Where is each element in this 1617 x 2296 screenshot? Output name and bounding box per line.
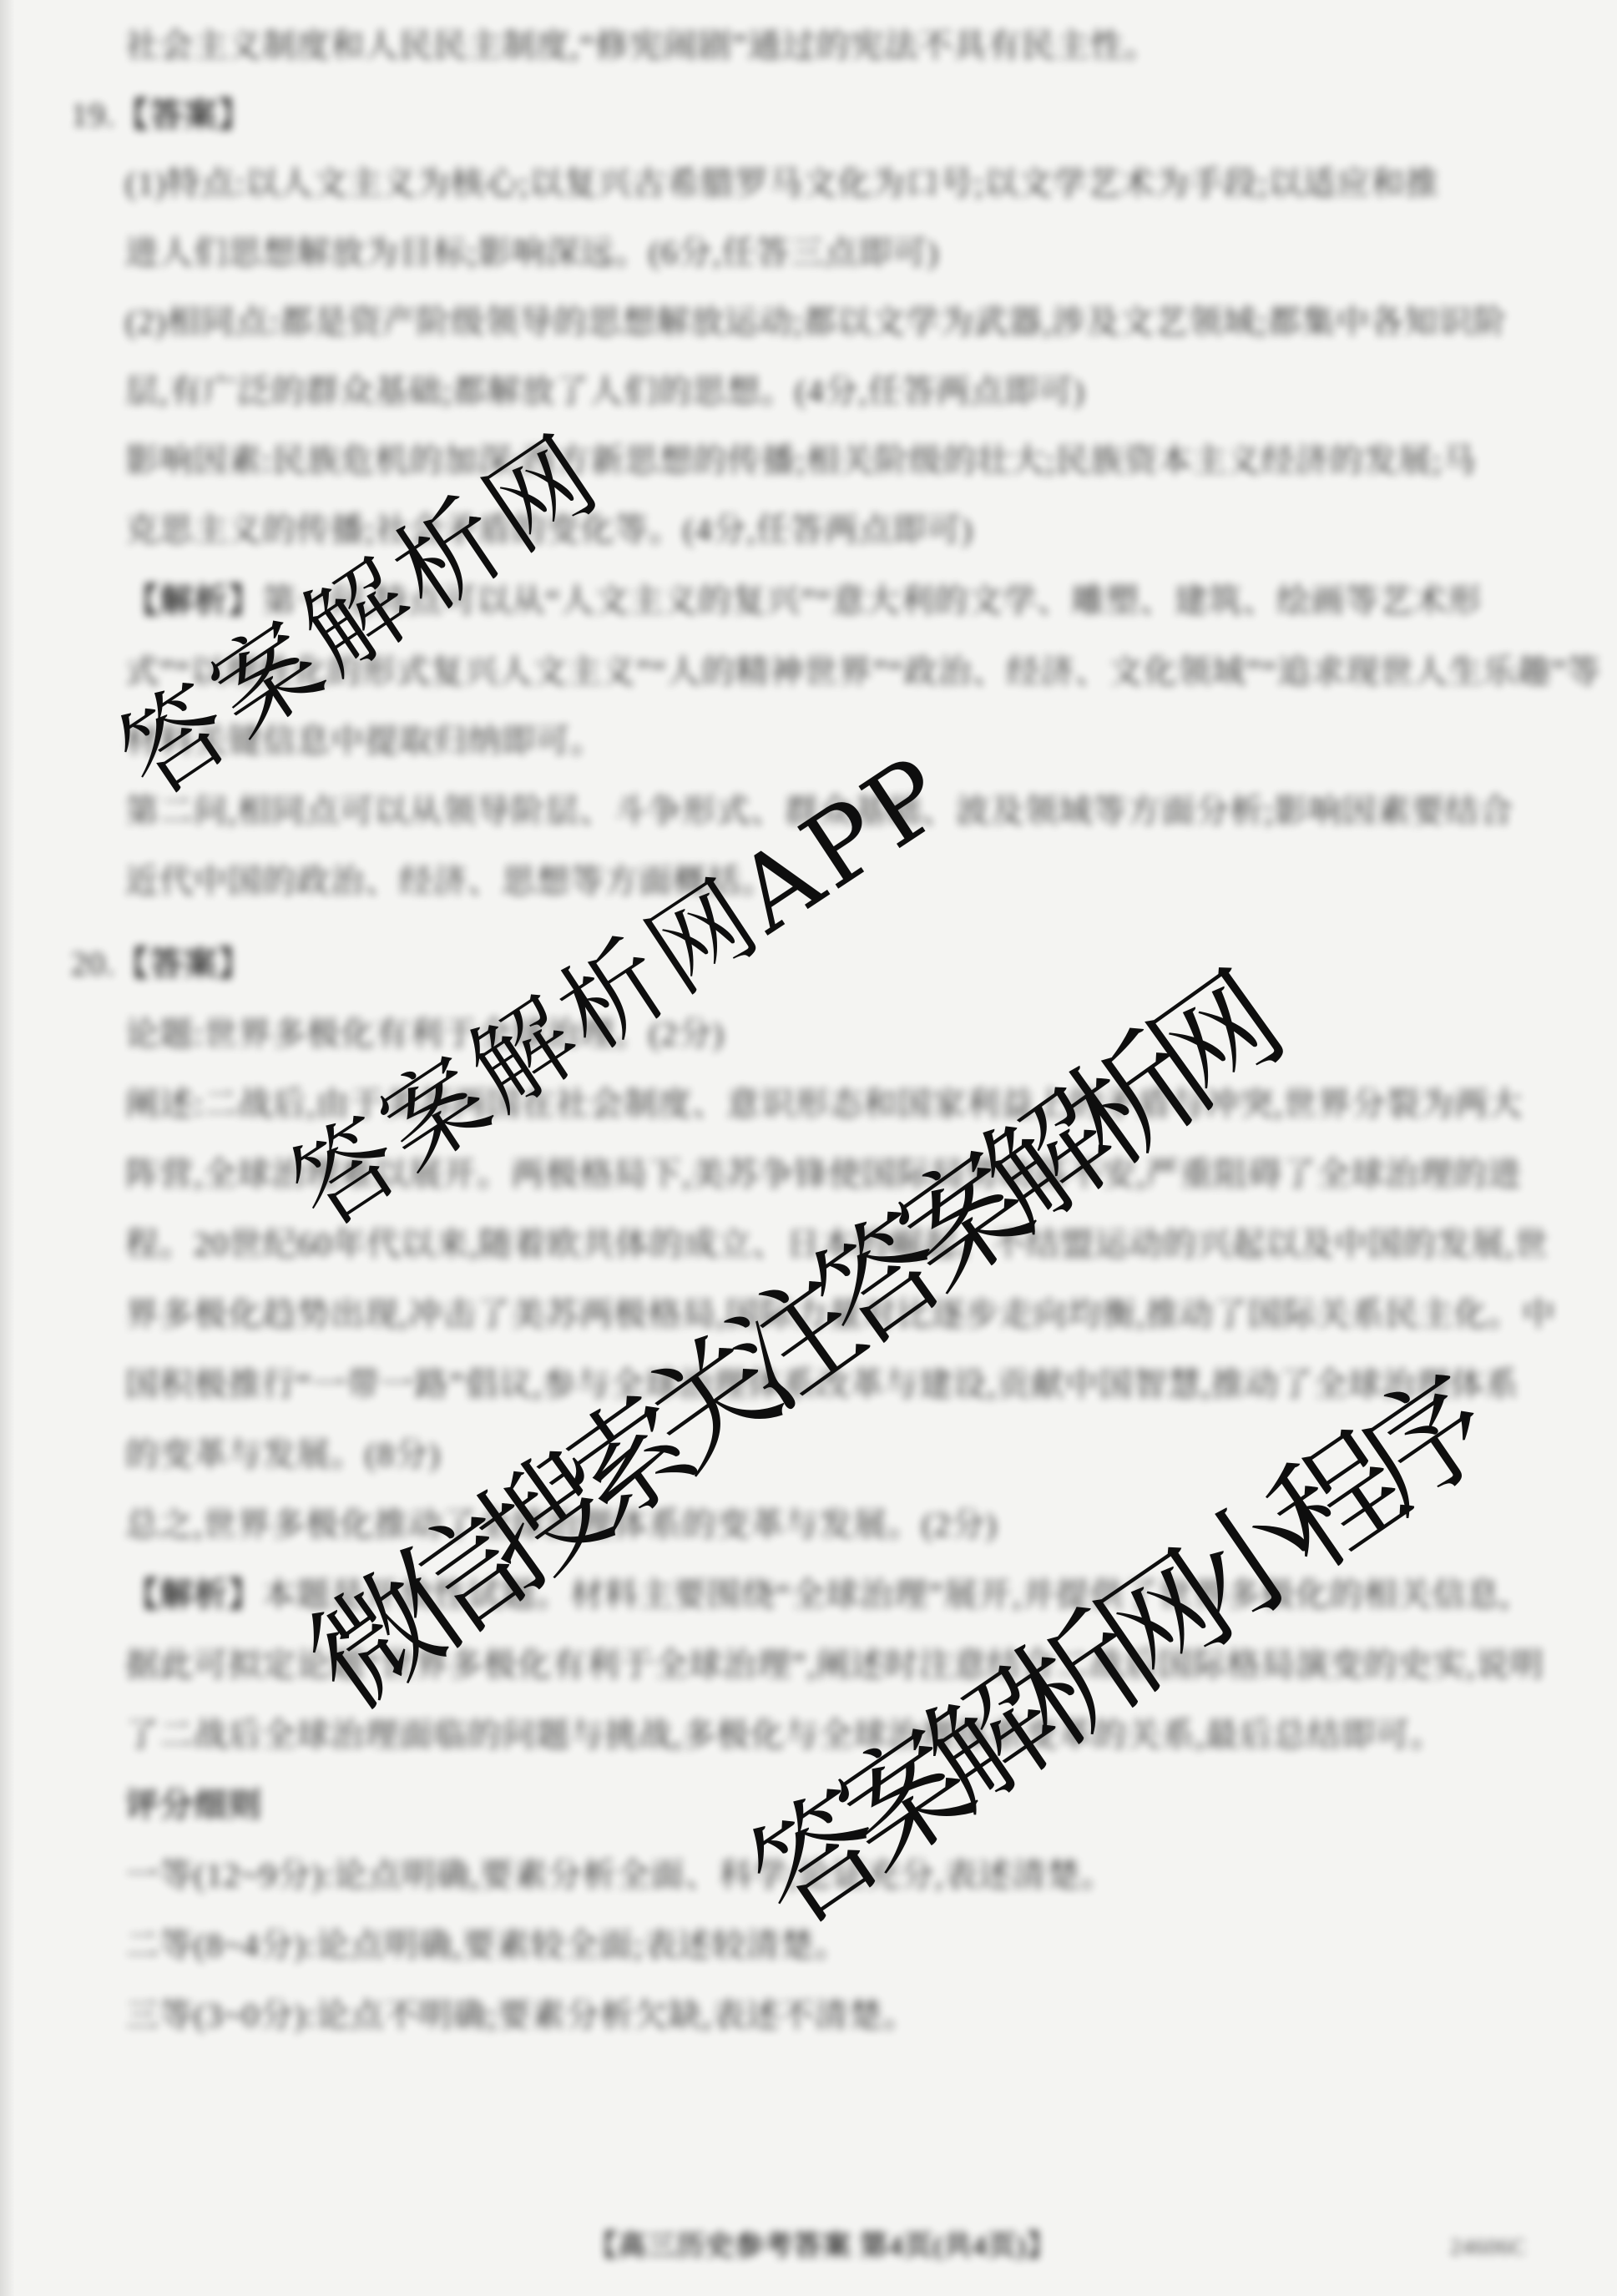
text-segment: 近代中国的政治、经济、思想等方面概括。 (125, 862, 776, 900)
text-line: 式”“以理性化的形式复兴人文主义”“人的精神世界”“政治、经济、文化领域”“追求… (125, 648, 1601, 695)
bold-text-segment: 【解析】 (125, 1576, 262, 1613)
text-segment: 一等(12~9分):论点明确,要素分析全面、科学;论证充分,表述清楚。 (125, 1856, 1115, 1894)
bold-text-segment: 【答案】 (115, 96, 252, 134)
text-line: 阵营,全球治理难以展开。两极格局下,美苏争锋使国际局势动荡不安,严重阻碍了全球治… (125, 1151, 1522, 1198)
bold-text-segment: 评分细则 (125, 1786, 262, 1824)
text-line: 评分细则 (125, 1782, 262, 1829)
text-segment: 二等(8~4分):论点明确,要素较全面;表述较清楚。 (125, 1926, 849, 1964)
text-line: 【解析】第一问,特点可以从“人文主义的复兴”“意大利的文学、雕塑、建筑、绘画等艺… (125, 578, 1482, 624)
text-line: 界多极化趋势出现,冲击了美苏两极格局,国际力量对比逐步走向均衡,推动了国际关系民… (125, 1291, 1556, 1338)
text-segment: (2)相同点:都是资产阶级领导的思想解放运动;都以文学为武器,涉及文艺领域;都集… (125, 303, 1507, 341)
text-line: 二等(8~4分):论点明确,要素较全面;表述较清楚。 (125, 1922, 849, 1969)
text-line: 【解析】本题是开放性试题。材料主要围绕“全球治理”展开,并提供了世界多极化的相关… (125, 1572, 1510, 1618)
text-segment: 界多极化趋势出现,冲击了美苏两极格局,国际力量对比逐步走向均衡,推动了国际关系民… (125, 1295, 1556, 1333)
page-footer-code: 24606C (1450, 2230, 1527, 2263)
text-segment: 程。20世纪60年代以来,随着欧共体的成立、日本的崛起、不结盟运动的兴起以及中国… (125, 1225, 1549, 1263)
text-segment: 的变革与发展。(8分) (125, 1436, 441, 1473)
text-segment: 层,有广泛的群众基础;都解放了人们的思想。(4分,任答两点即可) (125, 372, 1085, 410)
page-footer: 【高三历史参考答案 第4页(共4页)】 (589, 2227, 1056, 2267)
text-line: 国积极推行“一带一路”倡议,参与全球治理体系改革与建设,贡献中国智慧,推动了全球… (125, 1361, 1519, 1408)
text-line: 一等(12~9分):论点明确,要素分析全面、科学;论证充分,表述清楚。 (125, 1852, 1115, 1899)
text-line: 阐述:二战后,由于美苏两国在社会制度、意识形态和国家利益上的矛盾与冲突,世界分裂… (125, 1081, 1523, 1128)
text-line: 了二战后全球治理面临的问题与挑战,多极化与全球治理体系变革的关系,最后总结即可。 (125, 1712, 1444, 1759)
blurred-text-layer: 【高三历史参考答案 第4页(共4页)】 24606C 社会主义制度和人民民主制度… (0, 0, 1617, 2296)
text-segment: 了二战后全球治理面临的问题与挑战,多极化与全球治理体系变革的关系,最后总结即可。 (125, 1716, 1444, 1754)
text-segment: 三等(3~0分):论点不明确;要素分析欠缺,表述不清楚。 (125, 1996, 917, 2034)
text-line: 据此可拟定论题“世界多极化有利于全球治理”,阐述时注意结合二战后国际格局演变的史… (125, 1642, 1544, 1688)
text-line: (2)相同点:都是资产阶级领导的思想解放运动;都以文学为武器,涉及文艺领域;都集… (125, 299, 1507, 346)
text-line: 层,有广泛的群众基础;都解放了人们的思想。(4分,任答两点即可) (125, 368, 1085, 415)
text-segment: 本题是开放性试题。材料主要围绕“全球治理”展开,并提供了世界多极化的相关信息, (262, 1576, 1510, 1613)
text-segment: 克思主义的传播;社会矛盾的变化等。(4分,任答两点即可) (125, 511, 973, 548)
text-segment: 论题:世界多极化有利于全球治理。(2分) (125, 1015, 725, 1052)
text-segment: 进人们思想解放为目标;影响深远。(6分,任答三点即可) (125, 234, 939, 271)
text-line: 材料关键信息中提取归纳即可。 (125, 718, 604, 764)
text-segment: 材料关键信息中提取归纳即可。 (125, 722, 604, 759)
text-segment: 据此可拟定论题“世界多极化有利于全球治理”,阐述时注意结合二战后国际格局演变的史… (125, 1646, 1544, 1683)
text-line: 进人们思想解放为目标;影响深远。(6分,任答三点即可) (125, 230, 939, 276)
text-segment: 式”“以理性化的形式复兴人文主义”“人的精神世界”“政治、经济、文化领域”“追求… (125, 653, 1601, 690)
text-segment: (1)特点:以人文主义为核心;以复兴古希腊罗马文化为口号;以文学艺术为手段;以适… (125, 164, 1439, 202)
text-line: 的变革与发展。(8分) (125, 1431, 441, 1478)
bold-text-segment: 【解析】 (125, 582, 262, 619)
document-page: 【高三历史参考答案 第4页(共4页)】 24606C 社会主义制度和人民民主制度… (0, 0, 1617, 2296)
text-segment: 社会主义制度和人民民主制度,“修宪闹剧”通过的宪法不具有民主性。 (125, 27, 1159, 64)
text-line: 论题:世界多极化有利于全球治理。(2分) (125, 1011, 725, 1057)
text-line: 社会主义制度和人民民主制度,“修宪闹剧”通过的宪法不具有民主性。 (125, 23, 1159, 69)
text-line: 19.【答案】 (71, 92, 252, 139)
text-line: 影响因素:民族危机的加深;西方新思想的传播;相关阶级的壮大;民族资本主义经济的发… (125, 437, 1477, 484)
text-line: 第二问,相同点可以从领导阶层、斗争形式、群众基础、波及领域等方面分析;影响因素要… (125, 788, 1513, 835)
text-line: (1)特点:以人文主义为核心;以复兴古希腊罗马文化为口号;以文学艺术为手段;以适… (125, 160, 1439, 207)
text-line: 总之,世界多极化推动了全球治理体系的变革与发展。(2分) (125, 1501, 998, 1548)
text-line: 近代中国的政治、经济、思想等方面概括。 (125, 858, 776, 905)
bold-text-segment: 【答案】 (115, 945, 252, 982)
text-segment: 影响因素:民族危机的加深;西方新思想的传播;相关阶级的壮大;民族资本主义经济的发… (125, 442, 1477, 479)
text-segment: 阐述:二战后,由于美苏两国在社会制度、意识形态和国家利益上的矛盾与冲突,世界分裂… (125, 1085, 1523, 1123)
text-line: 克思主义的传播;社会矛盾的变化等。(4分,任答两点即可) (125, 507, 973, 553)
text-line: 三等(3~0分):论点不明确;要素分析欠缺,表述不清楚。 (125, 1992, 917, 2039)
text-segment: 阵营,全球治理难以展开。两极格局下,美苏争锋使国际局势动荡不安,严重阻碍了全球治… (125, 1155, 1522, 1193)
text-line: 程。20世纪60年代以来,随着欧共体的成立、日本的崛起、不结盟运动的兴起以及中国… (125, 1221, 1549, 1268)
text-segment: 第二问,相同点可以从领导阶层、斗争形式、群众基础、波及领域等方面分析;影响因素要… (125, 792, 1513, 830)
text-segment: 20. (71, 945, 115, 982)
text-segment: 总之,世界多极化推动了全球治理体系的变革与发展。(2分) (125, 1506, 998, 1543)
text-line: 20.【答案】 (71, 941, 252, 987)
text-segment: 19. (71, 96, 115, 134)
text-segment: 国积极推行“一带一路”倡议,参与全球治理体系改革与建设,贡献中国智慧,推动了全球… (125, 1365, 1519, 1403)
text-segment: 第一问,特点可以从“人文主义的复兴”“意大利的文学、雕塑、建筑、绘画等艺术形 (262, 582, 1482, 619)
